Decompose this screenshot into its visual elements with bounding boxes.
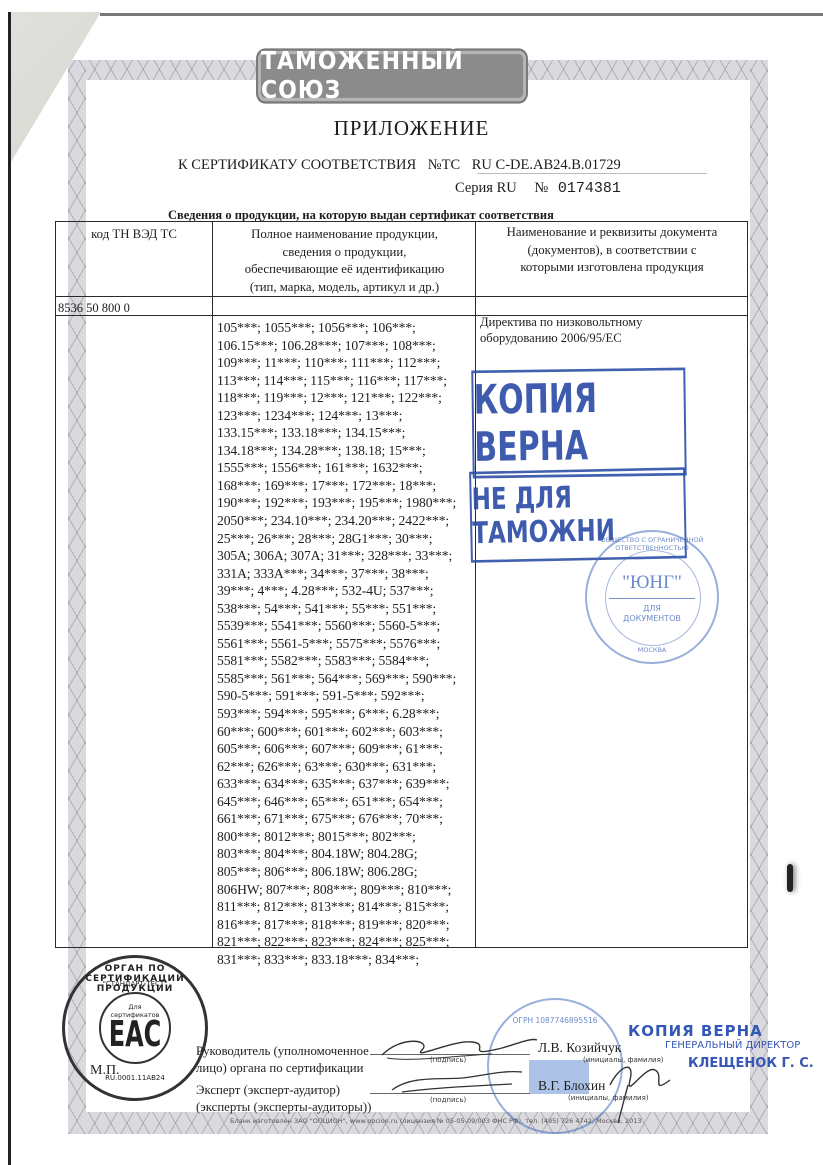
product-line: 5561***; 5561-5***; 5575***; 5576***;: [217, 635, 482, 653]
product-line: 113***; 114***; 115***; 116***; 117***;: [217, 372, 482, 390]
name-caption: (инициалы, фамилия): [583, 1056, 664, 1064]
blank-no-label: №: [534, 180, 548, 196]
product-line: 168***; 169***; 17***; 172***; 18***;: [217, 477, 482, 495]
header-line: Полное наименование продукции,: [213, 226, 476, 244]
product-models-list: 105***; 1055***; 1056***; 106***;106.15*…: [217, 319, 482, 968]
product-line: 190***; 192***; 193***; 195***; 1980***;: [217, 494, 482, 512]
table-row-divider: [55, 315, 748, 316]
product-line: 39***; 4***; 4.28***; 532-4U; 537***;: [217, 582, 482, 600]
product-line: 134.18***; 134.28***; 138.18; 15***;: [217, 442, 482, 460]
header-hs-code: код ТН ВЭД ТС: [55, 226, 213, 244]
stamp-ogrn: ОГРН 1087746895516: [489, 1016, 621, 1025]
product-line: 805***; 806***; 806.18W; 806.28G;: [217, 863, 482, 881]
header-line: которыми изготовлена продукция: [476, 259, 748, 277]
series-block: Серия RU № 0174381: [455, 180, 621, 197]
product-line: 123***; 1234***; 124***; 13***;: [217, 407, 482, 425]
product-line: 331A; 333A***; 34***; 37***; 38***;: [217, 565, 482, 583]
printer-imprint: Бланк изготовлен ЗАО "ОПЦИОН", www.opcio…: [230, 1117, 642, 1125]
series-label: Серия: [455, 180, 493, 196]
product-line: 645***; 646***; 65***; 651***; 654***;: [217, 793, 482, 811]
product-line: 5581***; 5582***; 5583***; 5584***;: [217, 652, 482, 670]
standard-line: Директива по низковольтному: [480, 314, 642, 330]
expert-signatory-name: В.Г. Блохин: [538, 1078, 605, 1094]
header-line: (документов), в соответствии с: [476, 242, 748, 260]
label-line: Руководитель (уполномоченное: [196, 1043, 369, 1060]
ink-blot: [787, 864, 793, 892]
cert-number: RU C-DE.AB24.B.01729: [472, 157, 621, 173]
product-line: 106.15***; 106.28***; 107***; 108***;: [217, 337, 482, 355]
customs-union-badge: ТАМОЖЕННЫЙ СОЮЗ: [258, 51, 526, 102]
product-line: 1555***; 1556***; 161***; 1632***;: [217, 459, 482, 477]
stamp-reg-number: RU.0001.11AB24: [65, 1074, 205, 1082]
security-frame-right: [750, 60, 768, 1134]
product-line: 590-5***; 591***; 591-5***; 592***;: [217, 687, 482, 705]
stamp-ring-text: ОБЩЕСТВО С ОГРАНИЧЕННОЙ ОТВЕТСТВЕННОСТЬЮ: [587, 536, 717, 552]
subtitle-prefix: К СЕРТИФИКАТУ СООТВЕТСТВИЯ: [178, 157, 416, 173]
product-line: 62***; 626***; 63***; 630***; 631***;: [217, 758, 482, 776]
head-signatory-name: Л.В. Козийчук: [538, 1040, 621, 1056]
label-line: лицо) органа по сертификации: [196, 1060, 369, 1077]
product-line: 605***; 606***; 607***; 609***; 61***;: [217, 740, 482, 758]
seal-place-label: М.П.: [90, 1063, 120, 1079]
product-line: 5585***; 561***; 564***; 569***; 590***;: [217, 670, 482, 688]
header-line: сведения о продукции,: [213, 244, 476, 262]
product-line: 25***; 26***; 28***; 28G1***; 30***;: [217, 530, 482, 548]
table-col-divider-1: [212, 221, 213, 948]
stamp-ring-text: ОРГАН ПО СЕРТИФИКАЦИИ ПРОДУКЦИИ: [65, 964, 205, 994]
label-line: Эксперт (эксперт-аудитор): [196, 1082, 371, 1099]
stamp-divider: [609, 598, 695, 599]
product-line: 811***; 812***; 813***; 814***; 815***;: [217, 898, 482, 916]
table-header-bottom: [55, 296, 748, 297]
table-border-left: [55, 221, 56, 948]
hs-code-cell: 8536 50 800 0: [58, 301, 130, 316]
table-border-right: [747, 221, 748, 948]
product-line: 133.15***; 133.18***; 134.15***;: [217, 424, 482, 442]
product-line: 633***; 634***; 635***; 637***; 639***;: [217, 775, 482, 793]
product-line: 109***; 11***; 110***; 111***; 112***;: [217, 354, 482, 372]
stamp-org-name: "ЮНГ": [587, 572, 717, 594]
yung-round-stamp: ОБЩЕСТВО С ОГРАНИЧЕННОЙ ОТВЕТСТВЕННОСТЬЮ…: [585, 530, 719, 664]
stamp-org-name: "СТАНДАРТ-ТЕСТ": [65, 980, 205, 988]
series-value: RU: [497, 180, 517, 196]
header-line: код ТН ВЭД ТС: [55, 226, 213, 244]
standard-document-cell: Директива по низковольтному оборудованию…: [480, 314, 642, 346]
header-standard-document: Наименование и реквизиты документа (доку…: [476, 224, 748, 277]
product-line: 5539***; 5541***; 5560***; 5560-5***;: [217, 617, 482, 635]
product-line: 118***; 119***; 12***; 121***; 122***;: [217, 389, 482, 407]
director-copy-true-stamp: КОПИЯ ВЕРНА: [628, 1022, 763, 1040]
name-caption: (инициалы, фамилия): [568, 1094, 649, 1102]
stamp-purpose-line: ДЛЯ: [587, 604, 717, 614]
scan-edge: [8, 12, 11, 1165]
product-line: 816***; 817***; 818***; 819***; 820***;: [217, 916, 482, 934]
copy-true-stamp: КОПИЯ ВЕРНА: [471, 368, 686, 479]
director-title-stamp: ГЕНЕРАЛЬНЫЙ ДИРЕКТОР: [665, 1040, 800, 1051]
product-line: 305A; 306A; 307A; 31***; 328***; 33***;: [217, 547, 482, 565]
header-line: (тип, марка, модель, артикул и др.): [213, 279, 476, 297]
header-line: Наименование и реквизиты документа: [476, 224, 748, 242]
header-product-name: Полное наименование продукции, сведения …: [213, 226, 476, 296]
cert-number-underline: [477, 173, 707, 174]
stamp-purpose-line: Для: [65, 1003, 205, 1011]
stamp-city: МОСКВА: [587, 646, 717, 654]
header-line: обеспечивающие её идентификацию: [213, 261, 476, 279]
product-line: 821***; 822***; 823***; 824***; 825***;: [217, 933, 482, 951]
product-line: 2050***; 234.10***; 234.20***; 2422***;: [217, 512, 482, 530]
product-line: 60***; 600***; 601***; 602***; 603***;: [217, 723, 482, 741]
document-title: ПРИЛОЖЕНИЕ: [0, 116, 823, 141]
certificate-reference: К СЕРТИФИКАТУ СООТВЕТСТВИЯ №ТС RU C-DE.A…: [178, 157, 621, 174]
head-signatory-label: Руководитель (уполномоченное лицо) орган…: [196, 1043, 369, 1077]
label-line: (эксперты (эксперты-аудиторы)): [196, 1099, 371, 1116]
product-line: 803***; 804***; 804.18W; 804.28G;: [217, 845, 482, 863]
eac-mark-icon: ЕАС: [65, 1013, 205, 1055]
certification-body-stamp: ОРГАН ПО СЕРТИФИКАЦИИ ПРОДУКЦИИ "СТАНДАР…: [62, 955, 208, 1101]
stamp-purpose: ДЛЯ ДОКУМЕНТОВ: [587, 604, 717, 624]
product-line: 800***; 8012***; 8015***; 802***;: [217, 828, 482, 846]
product-line: 105***; 1055***; 1056***; 106***;: [217, 319, 482, 337]
blank-number: 0174381: [558, 180, 621, 197]
table-border-top: [55, 221, 748, 222]
product-line: 661***; 671***; 675***; 676***; 70***;: [217, 810, 482, 828]
standard-line: оборудованию 2006/95/ЕС: [480, 330, 642, 346]
handwritten-signature-head: [372, 1030, 542, 1100]
product-line: 831***; 833***; 833.18***; 834***;: [217, 951, 482, 969]
product-line: 593***; 594***; 595***; 6***; 6.28***;: [217, 705, 482, 723]
director-name-stamp: КЛЕЩЕНОК Г. С.: [688, 1056, 814, 1071]
cert-no-label: №ТС: [428, 157, 460, 173]
scan-top-edge: [100, 13, 823, 16]
stamp-purpose-line: ДОКУМЕНТОВ: [587, 614, 717, 624]
product-line: 538***; 54***; 541***; 55***; 551***;: [217, 600, 482, 618]
product-line: 806HW; 807***; 808***; 809***; 810***;: [217, 881, 482, 899]
expert-signatory-label: Эксперт (эксперт-аудитор) (эксперты (экс…: [196, 1082, 371, 1116]
